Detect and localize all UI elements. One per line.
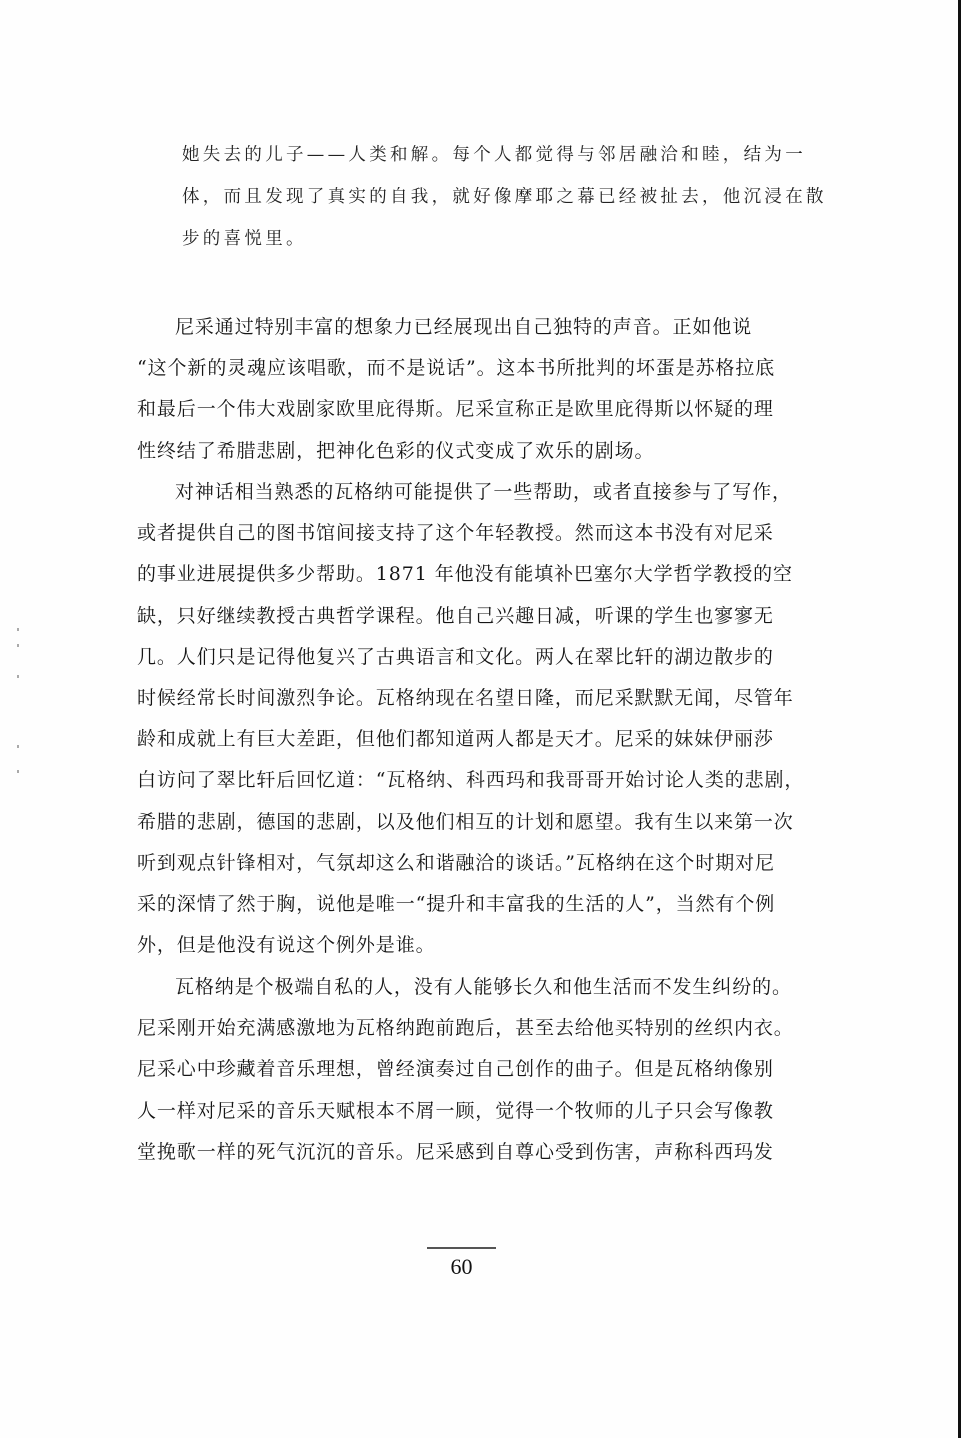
text-line: 对神话相当熟悉的瓦格纳可能提供了一些帮助，或者直接参与了写作， — [137, 472, 805, 513]
text-line: 希腊的悲剧，德国的悲剧，以及他们相互的计划和愿望。我有生以来第一次 — [137, 802, 805, 843]
paragraph-2: 对神话相当熟悉的瓦格纳可能提供了一些帮助，或者直接参与了写作， 或者提供自己的图… — [137, 472, 805, 966]
text-line: 或者提供自己的图书馆间接支持了这个年轻教授。然而这本书没有对尼采 — [137, 513, 805, 554]
text-line: 龄和成就上有巨大差距，但他们都知道两人都是天才。尼采的妹妹伊丽莎 — [137, 719, 805, 760]
text-line: 采的深情了然于胸，说他是唯一“提升和丰富我的生活的人”，当然有个例 — [137, 884, 805, 925]
scan-margin-marks — [15, 620, 21, 760]
text-line: 时候经常长时间激烈争论。瓦格纳现在名望日隆，而尼采默默无闻，尽管年 — [137, 678, 805, 719]
text-line: 几。人们只是记得他复兴了古典语言和文化。两人在翠比轩的湖边散步的 — [137, 637, 805, 678]
text-line: 外，但是他没有说这个例外是谁。 — [137, 925, 805, 966]
text-line: 听到观点针锋相对，气氛却这么和谐融洽的谈话。”瓦格纳在这个时期对尼 — [137, 843, 805, 884]
page-number-rule — [427, 1247, 496, 1249]
page-number: 60 — [427, 1254, 496, 1280]
text-line: “这个新的灵魂应该唱歌，而不是说话”。这本书所批判的坏蛋是苏格拉底 — [137, 348, 805, 389]
quote-line: 她失去的儿子——人类和解。每个人都觉得与邻居融洽和睦，结为一 — [182, 134, 810, 176]
paragraph-1: 尼采通过特别丰富的想象力已经展现出自己独特的声音。正如他说 “这个新的灵魂应该唱… — [137, 307, 805, 472]
block-quote: 她失去的儿子——人类和解。每个人都觉得与邻居融洽和睦，结为一 体，而且发现了真实… — [182, 134, 810, 260]
text-line: 瓦格纳是个极端自私的人，没有人能够长久和他生活而不发生纠纷的。 — [137, 967, 805, 1008]
text-line: 性终结了希腊悲剧，把神化色彩的仪式变成了欢乐的剧场。 — [137, 431, 805, 472]
text-line: 和最后一个伟大戏剧家欧里庇得斯。尼采宣称正是欧里庇得斯以怀疑的理 — [137, 389, 805, 430]
paragraph-3: 瓦格纳是个极端自私的人，没有人能够长久和他生活而不发生纠纷的。 尼采刚开始充满感… — [137, 967, 805, 1173]
quote-line: 体，而且发现了真实的自我，就好像摩耶之幕已经被扯去，他沉浸在散 — [182, 176, 810, 218]
text-line: 尼采通过特别丰富的想象力已经展现出自己独特的声音。正如他说 — [137, 307, 805, 348]
text-line: 白访问了翠比轩后回忆道：“瓦格纳、科西玛和我哥哥开始讨论人类的悲剧， — [137, 760, 805, 801]
quote-line: 步的喜悦里。 — [182, 218, 810, 260]
text-line: 堂挽歌一样的死气沉沉的音乐。尼采感到自尊心受到伤害，声称科西玛发 — [137, 1132, 805, 1173]
text-line: 缺，只好继续教授古典哲学课程。他自己兴趣日减，听课的学生也寥寥无 — [137, 596, 805, 637]
text-line: 的事业进展提供多少帮助。1871 年他没有能填补巴塞尔大学哲学教授的空 — [137, 554, 805, 595]
text-line: 尼采刚开始充满感激地为瓦格纳跑前跑后，甚至去给他买特别的丝织内衣。 — [137, 1008, 805, 1049]
text-line: 人一样对尼采的音乐天赋根本不屑一顾，觉得一个牧师的儿子只会写像教 — [137, 1091, 805, 1132]
book-page: 她失去的儿子——人类和解。每个人都觉得与邻居融洽和睦，结为一 体，而且发现了真实… — [0, 0, 958, 1438]
text-line: 尼采心中珍藏着音乐理想，曾经演奏过自己创作的曲子。但是瓦格纳像别 — [137, 1049, 805, 1090]
